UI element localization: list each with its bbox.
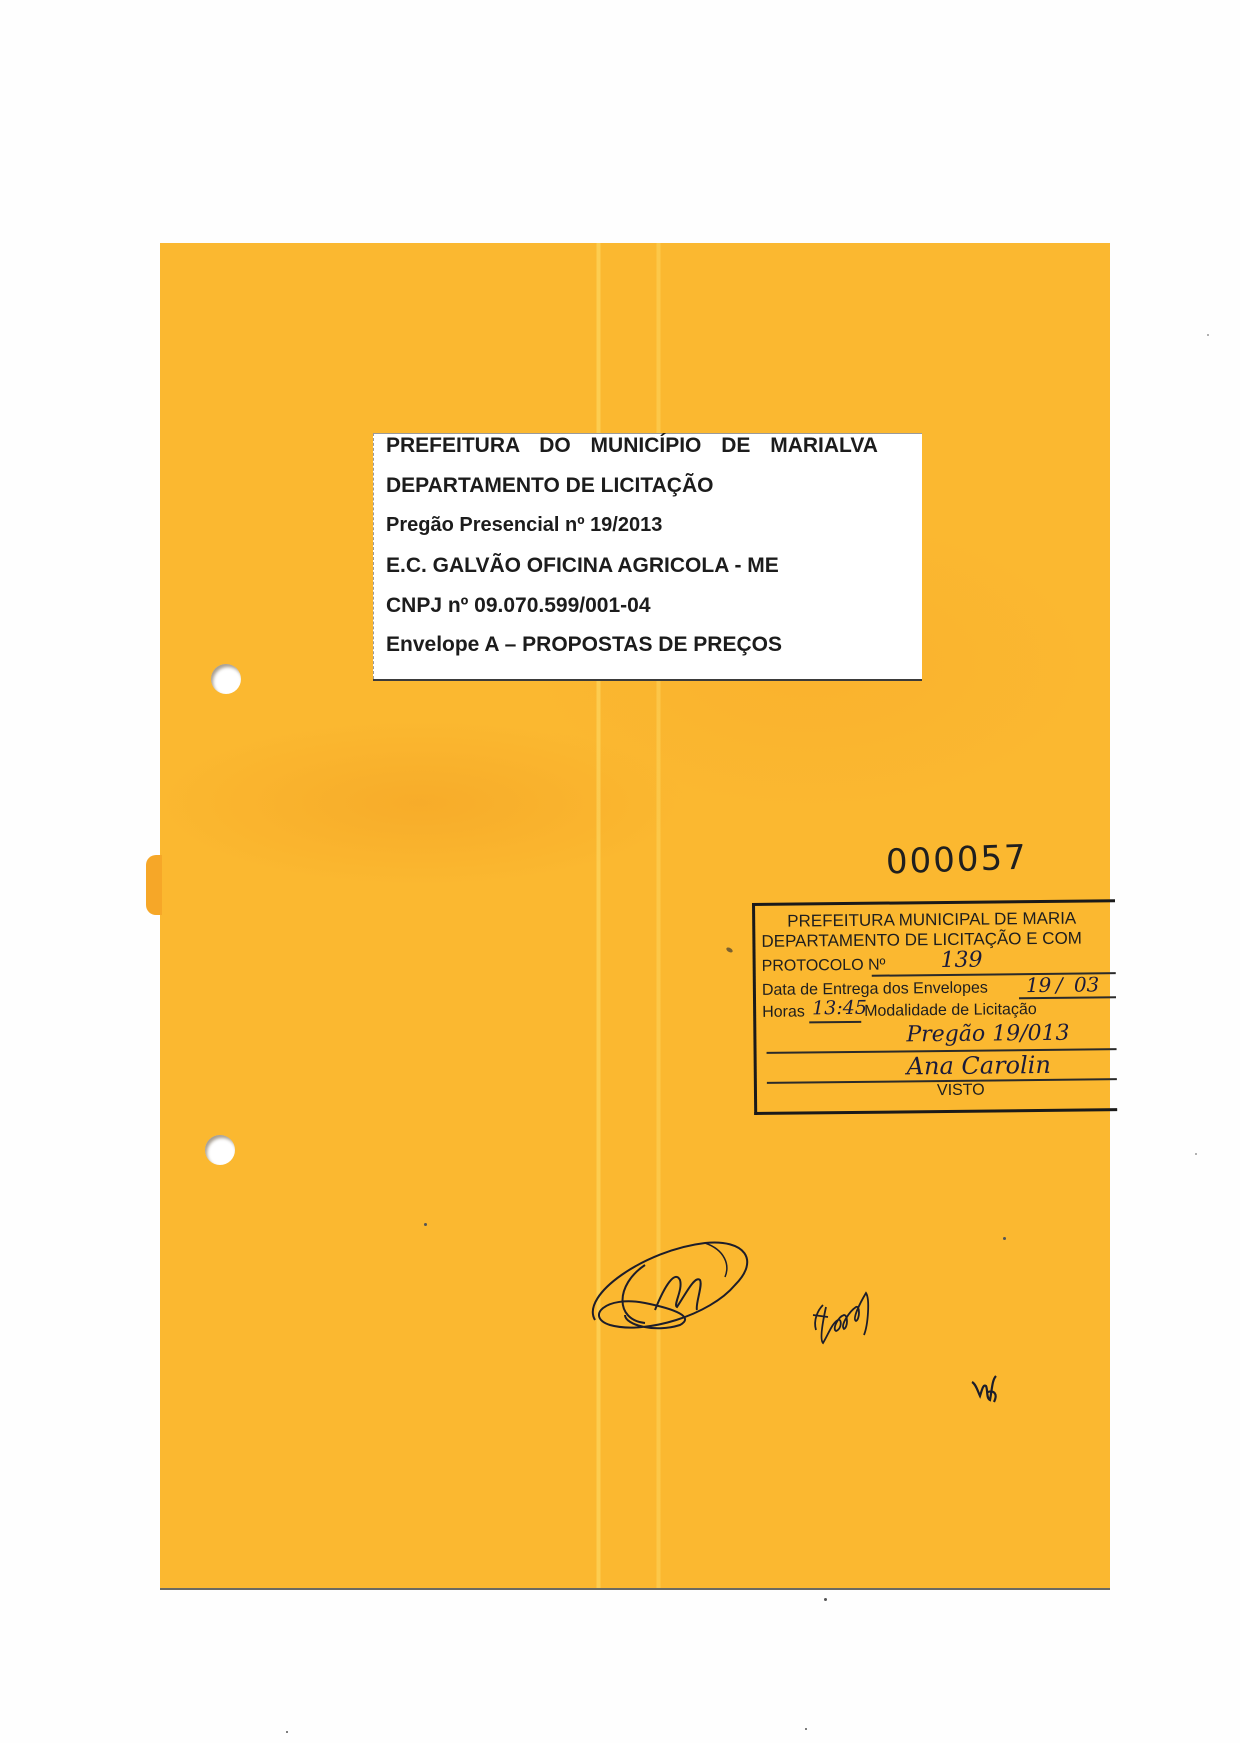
envelope-label: PREFEITURA DO MUNICÍPIO DE MARIALVA DEPA… bbox=[373, 433, 922, 679]
label-process: Pregão Presencial nº 19/2013 bbox=[386, 514, 662, 537]
scan-speck bbox=[424, 1223, 427, 1226]
scan-speck bbox=[824, 1598, 827, 1601]
scan-speck bbox=[1003, 1237, 1006, 1240]
scanned-page: PREFEITURA DO MUNICÍPIO DE MARIALVA DEPA… bbox=[0, 0, 1240, 1743]
stamp-protocolo-label: PROTOCOLO Nº bbox=[762, 957, 886, 976]
stamp-horas-value: 13:45 bbox=[812, 997, 867, 1020]
stamp-protocolo-value: 139 bbox=[940, 948, 982, 973]
label-company: E.C. GALVÃO OFICINA AGRICOLA - ME bbox=[386, 554, 779, 578]
stamp-data-label: Data de Entrega dos Envelopes bbox=[762, 980, 988, 1000]
protocol-stamp: PREFEITURA MUNICIPAL DE MARIA DEPARTAMEN… bbox=[752, 899, 1117, 1115]
binder-hole-top bbox=[211, 664, 241, 694]
stamp-horas-label: Horas bbox=[762, 1003, 805, 1021]
stamp-visto-label: VISTO bbox=[937, 1082, 985, 1100]
stamp-data-sep: / bbox=[1056, 973, 1063, 997]
scan-speck bbox=[805, 1728, 807, 1730]
signature-initials-small-icon bbox=[968, 1372, 1004, 1406]
stamp-horas-rule bbox=[809, 1021, 861, 1024]
label-department: DEPARTAMENTO DE LICITAÇÃO bbox=[386, 474, 713, 498]
signature-initials-mid-icon bbox=[808, 1285, 878, 1355]
envelope-flap-tab bbox=[146, 855, 162, 915]
stamp-modalidade-label: Modalidade de Licitação bbox=[864, 1001, 1037, 1021]
stamp-modalidade-value: Pregão 19/013 bbox=[906, 1021, 1069, 1048]
label-envelope-type: Envelope A – PROPOSTAS DE PREÇOS bbox=[386, 633, 782, 657]
label-municipality: PREFEITURA DO MUNICÍPIO DE MARIALVA bbox=[386, 434, 878, 458]
stamp-data-day: 19 bbox=[1026, 973, 1052, 997]
page-number-stamp: 000057 bbox=[885, 838, 1028, 883]
scan-speck bbox=[286, 1731, 288, 1733]
stamp-visto-signature: Ana Carolin bbox=[907, 1051, 1051, 1081]
label-cnpj: CNPJ nº 09.070.599/001-04 bbox=[386, 594, 651, 618]
scan-speck bbox=[1195, 1153, 1197, 1155]
scan-speck bbox=[1207, 334, 1209, 336]
signature-large-m-icon bbox=[585, 1225, 765, 1345]
stamp-header-2: DEPARTAMENTO DE LICITAÇÃO E COM bbox=[761, 929, 1082, 952]
stamp-data-month: 03 bbox=[1074, 972, 1100, 996]
binder-hole-bottom bbox=[205, 1135, 235, 1165]
